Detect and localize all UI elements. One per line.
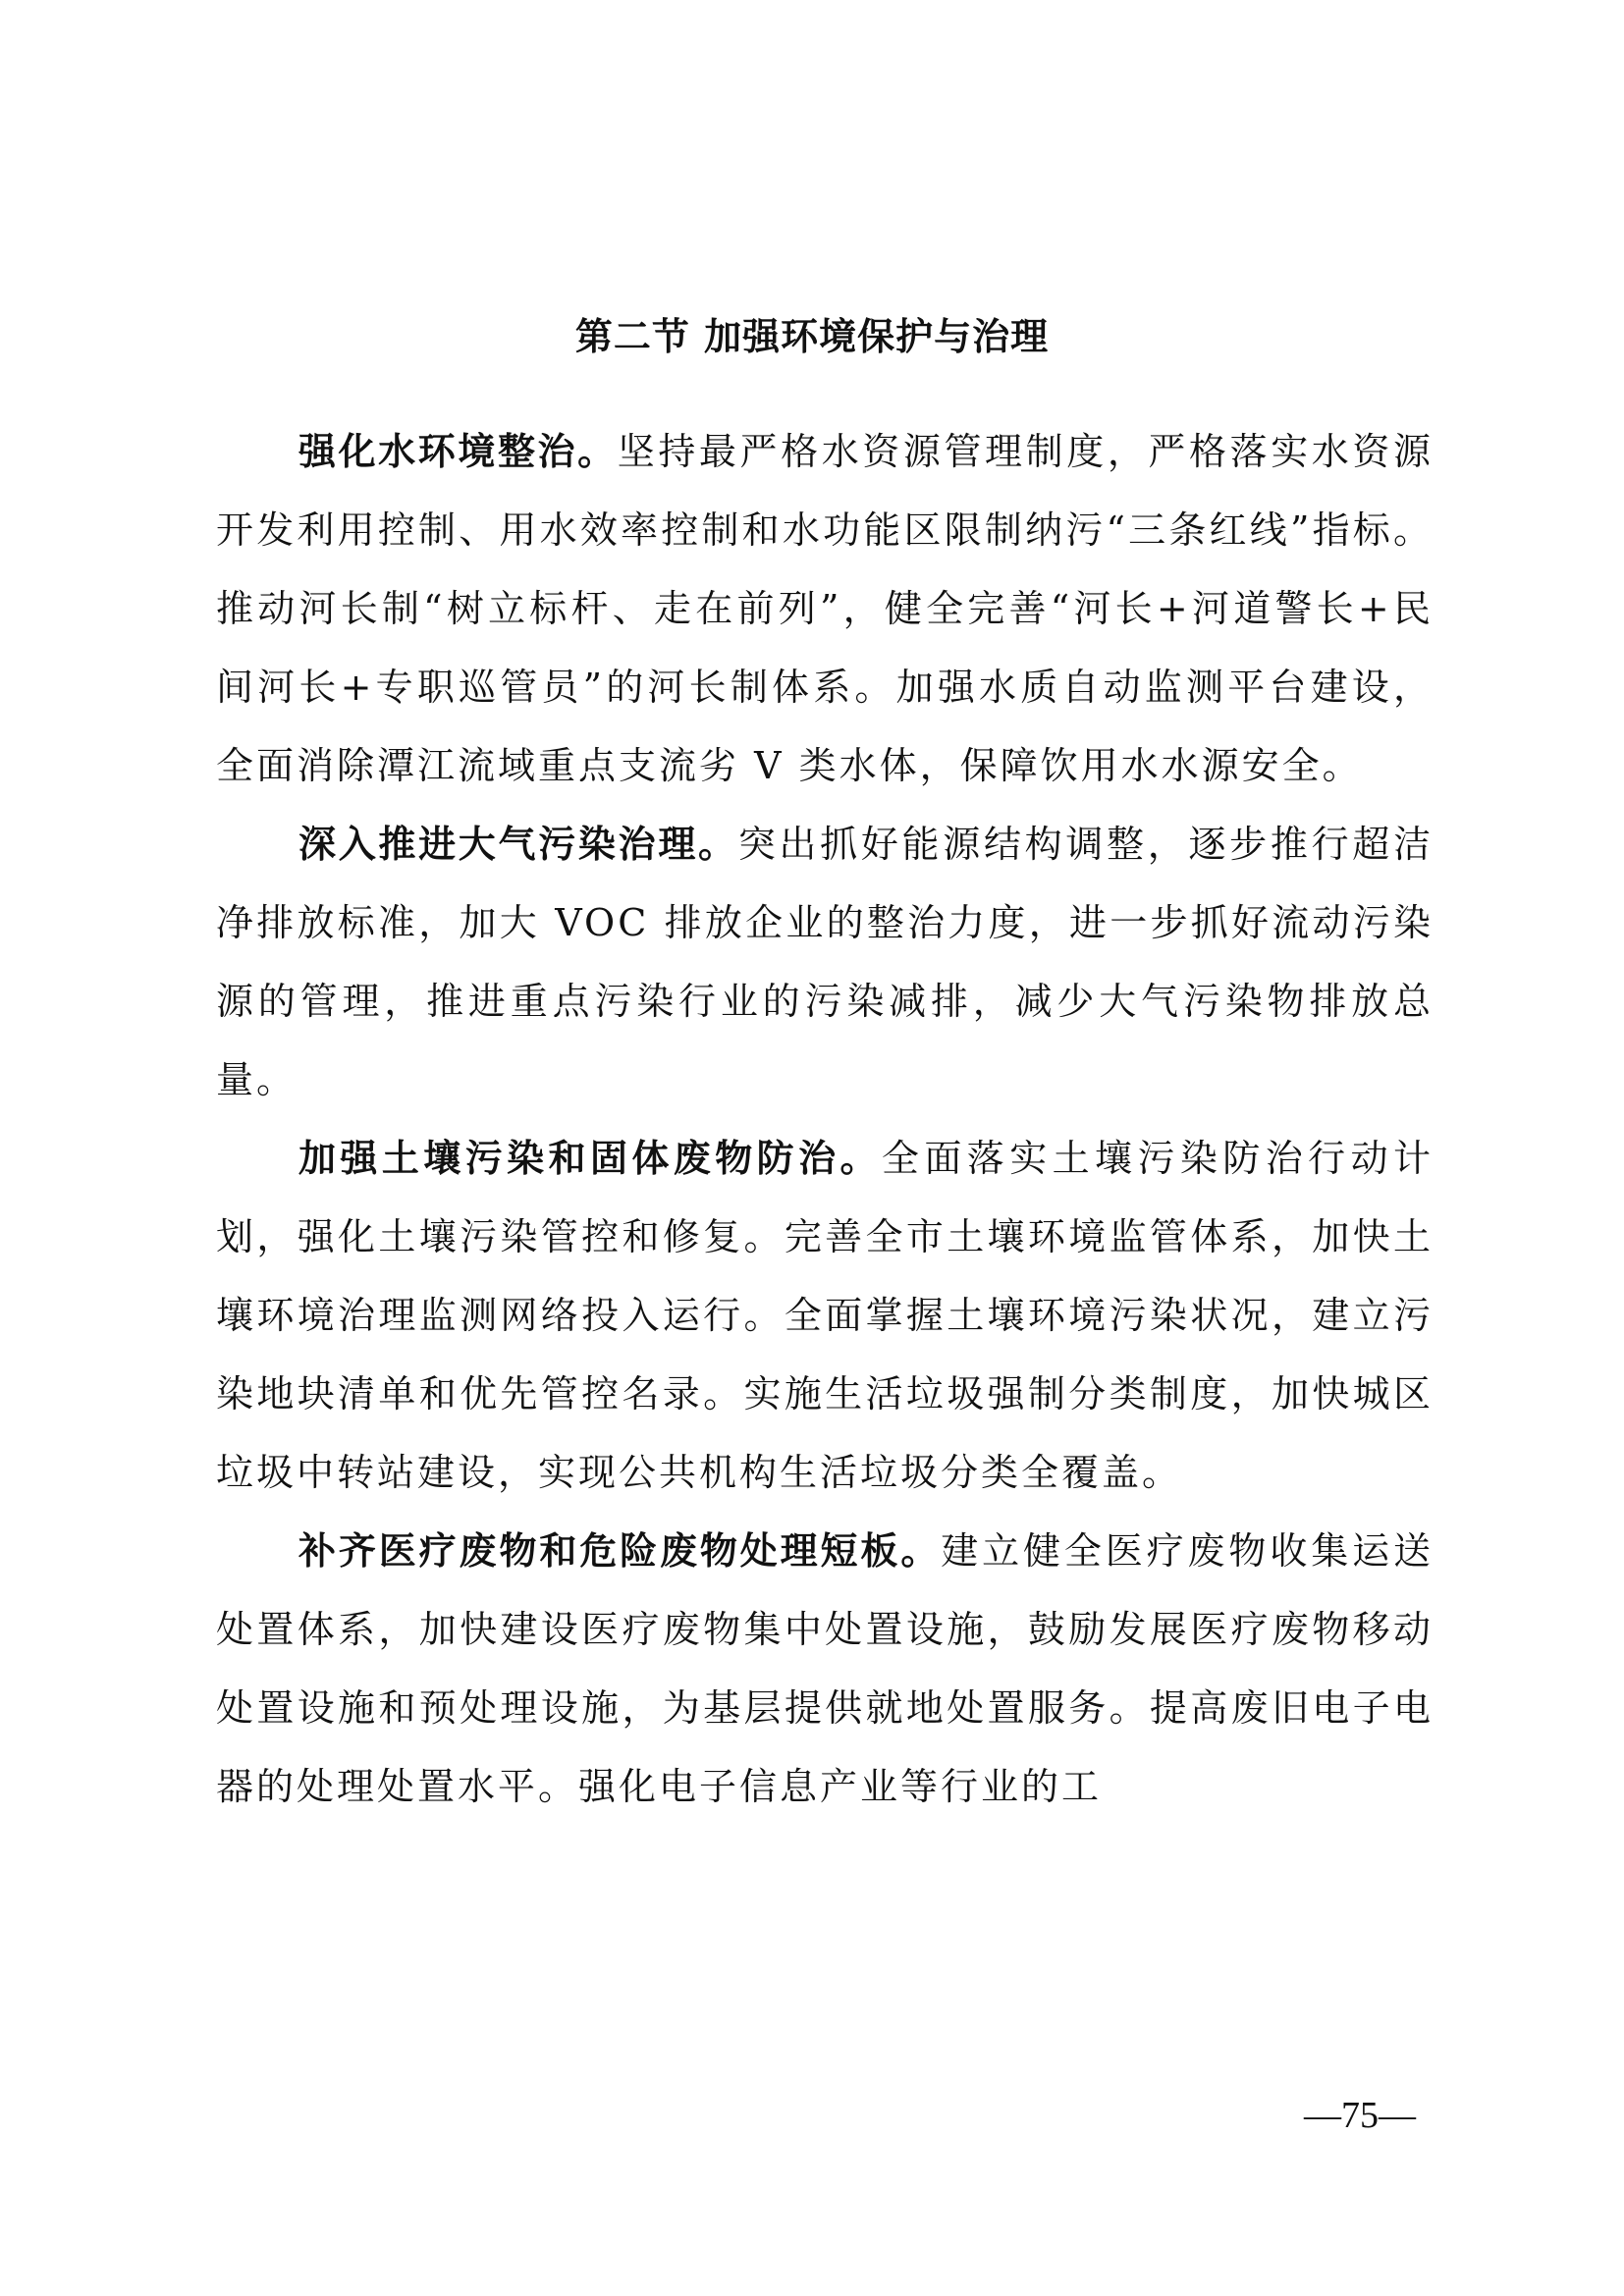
paragraph-lead: 深入推进大气污染治理。 bbox=[298, 823, 738, 866]
paragraph-lead: 补齐医疗废物和危险废物处理短板。 bbox=[298, 1529, 941, 1573]
section-title: 第二节 加强环境保护与治理 bbox=[0, 312, 1624, 361]
paragraph-medical-waste: 补齐医疗废物和危险废物处理短板。建立健全医疗废物收集运送处置体系，加快建设医疗废… bbox=[216, 1512, 1434, 1826]
paragraph-lead: 强化水环境整治。 bbox=[298, 430, 618, 473]
document-page: 第二节 加强环境保护与治理 强化水环境整治。坚持最严格水资源管理制度，严格落实水… bbox=[0, 0, 1624, 2296]
paragraph-soil: 加强土壤污染和固体废物防治。全面落实土壤污染防治行动计划，强化土壤污染管控和修复… bbox=[216, 1119, 1434, 1512]
paragraph-body: 坚持最严格水资源管理制度，严格落实水资源开发利用控制、用水效率控制和水功能区限制… bbox=[216, 430, 1434, 787]
paragraph-air: 深入推进大气污染治理。突出抓好能源结构调整，逐步推行超洁净排放标准，加大 VOC… bbox=[216, 805, 1434, 1119]
paragraph-lead: 加强土壤污染和固体废物防治。 bbox=[298, 1137, 882, 1180]
paragraph-body: 全面落实土壤污染防治行动计划，强化土壤污染管控和修复。完善全市土壤环境监管体系，… bbox=[216, 1137, 1434, 1494]
body-text: 强化水环境整治。坚持最严格水资源管理制度，严格落实水资源开发利用控制、用水效率控… bbox=[216, 412, 1434, 1826]
page-number: —75— bbox=[1286, 2091, 1434, 2140]
paragraph-water: 强化水环境整治。坚持最严格水资源管理制度，严格落实水资源开发利用控制、用水效率控… bbox=[216, 412, 1434, 805]
